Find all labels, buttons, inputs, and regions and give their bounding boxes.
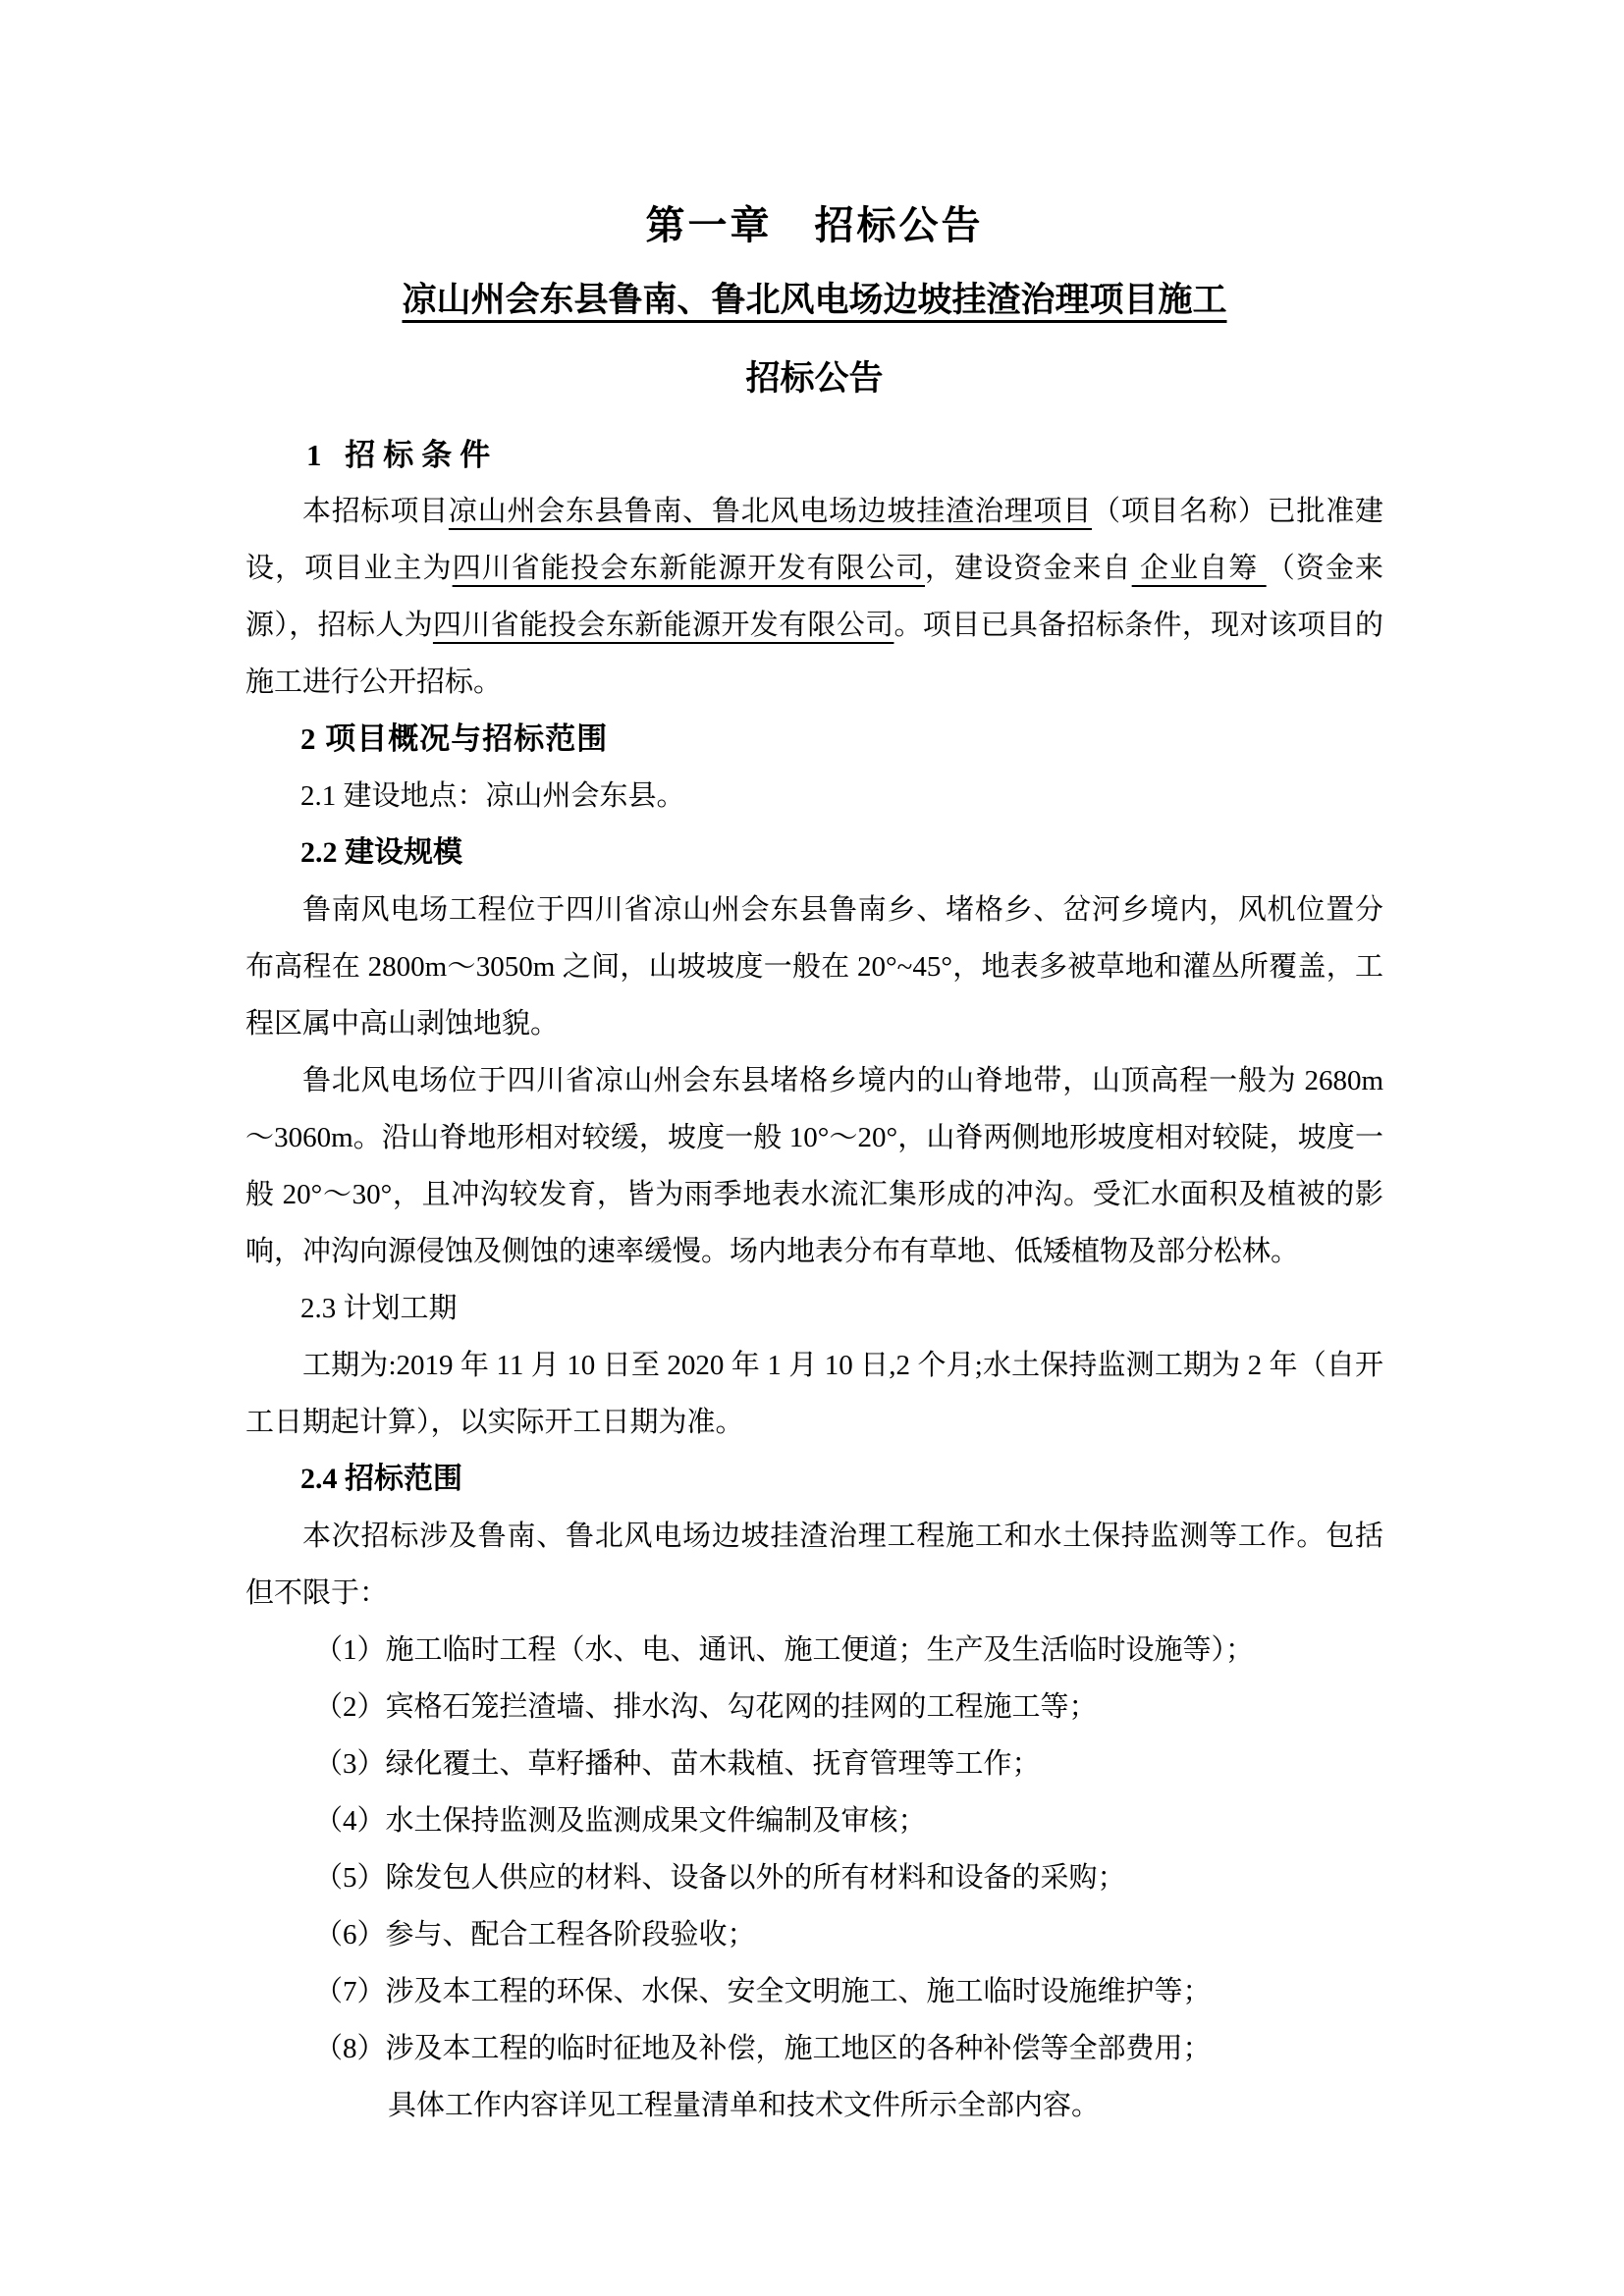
underlined-tenderer-name: 四川省能投会东新能源开发有限公司 [433, 610, 894, 641]
scope-item-2: （2）宾格石笼拦渣墙、排水沟、勾花网的挂网的工程施工等； [245, 1679, 1383, 1735]
section-2-2-heading: 2.2 建设规模 [245, 825, 1383, 881]
scope-item-1: （1）施工临时工程（水、电、通讯、施工便道；生产及生活临时设施等）； [245, 1622, 1383, 1679]
section-2-4-intro: 本次招标涉及鲁南、鲁北风电场边坡挂渣治理工程施工和水土保持监测等工作。包括但不限… [245, 1508, 1383, 1622]
underlined-funding-source: 企业自筹 [1132, 553, 1267, 584]
project-title-text: 凉山州会东县鲁南、鲁北风电场边坡挂渣治理项目施工 [402, 281, 1226, 319]
section-2-3-paragraph: 工期为:2019 年 11 月 10 日至 2020 年 1 月 10 日,2 … [245, 1337, 1383, 1451]
section-2-2-paragraph-lunan: 鲁南风电场工程位于四川省凉山州会东县鲁南乡、堵格乡、岔河乡境内，风机位置分布高程… [245, 881, 1383, 1052]
underlined-project-name: 凉山州会东县鲁南、鲁北风电场边坡挂渣治理项目 [449, 496, 1092, 527]
announcement-title: 招标公告 [245, 359, 1383, 399]
text-segment: 本招标项目 [302, 496, 449, 527]
section-2-2-paragraph-lubei: 鲁北风电场位于四川省凉山州会东县堵格乡境内的山脊地带，山顶高程一般为 2680m… [245, 1052, 1383, 1280]
document-page: 第一章 招标公告 凉山州会东县鲁南、鲁北风电场边坡挂渣治理项目施工 招标公告 1… [0, 0, 1624, 2296]
scope-item-8: （8）涉及本工程的临时征地及补偿，施工地区的各种补偿等全部费用； [245, 2020, 1383, 2077]
chapter-title: 第一章 招标公告 [245, 204, 1383, 247]
section-2-heading: 2 项目概况与招标范围 [245, 711, 1383, 768]
scope-item-5: （5）除发包人供应的材料、设备以外的所有材料和设备的采购； [245, 1849, 1383, 1906]
section-2-3-heading: 2.3 计划工期 [245, 1280, 1383, 1337]
scope-note: 具体工作内容详见工程量清单和技术文件所示全部内容。 [245, 2077, 1383, 2134]
section-2-4-heading: 2.4 招标范围 [245, 1451, 1383, 1508]
section-1-paragraph: 本招标项目凉山州会东县鲁南、鲁北风电场边坡挂渣治理项目（项目名称）已批准建设，项… [245, 483, 1383, 711]
scope-item-4: （4）水土保持监测及监测成果文件编制及审核； [245, 1792, 1383, 1849]
scope-item-6: （6）参与、配合工程各阶段验收； [245, 1906, 1383, 1963]
text-segment: ，建设资金来自 [925, 553, 1132, 584]
project-title: 凉山州会东县鲁南、鲁北风电场边坡挂渣治理项目施工 [245, 281, 1383, 320]
section-1-heading: 1 招标条件 [245, 434, 1383, 477]
scope-item-7: （7）涉及本工程的环保、水保、安全文明施工、施工临时设施维护等； [245, 1963, 1383, 2020]
section-2-1-line: 2.1 建设地点：凉山州会东县。 [245, 768, 1383, 825]
underlined-owner-name: 四川省能投会东新能源开发有限公司 [453, 553, 925, 584]
scope-item-3: （3）绿化覆土、草籽播种、苗木栽植、抚育管理等工作； [245, 1735, 1383, 1792]
